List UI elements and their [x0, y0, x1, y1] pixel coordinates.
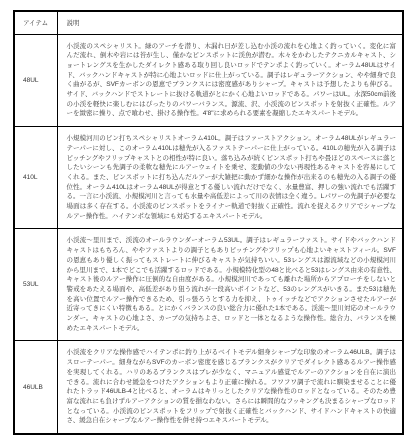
- table-row-410l: 410L 小規模河川のピン打ちスペシャリストオーラム410L。調子はファーストア…: [14, 127, 403, 229]
- rod-spec-table: アイテム 説明 48UL 小渓流のスペシャリスト。緑のアーチを潜り、木漏れ日が差…: [13, 10, 404, 416]
- description-column-header: 説明: [57, 11, 403, 34]
- item-label: 53UL: [14, 229, 57, 341]
- table-row-46ulb: 46ULB 小渓流をクリアな操作感でハイテンポに釣り上がるベイトモデル細身シャー…: [14, 341, 403, 416]
- item-description: 小渓流〜里川まで、渓流のオールラウンダーオーラム53UL。調子はレギュラーファス…: [57, 229, 403, 341]
- item-label: 48UL: [14, 34, 57, 127]
- table-row-48ul: 48UL 小渓流のスペシャリスト。緑のアーチを潜り、木漏れ日が差し込む小渓の流れ…: [14, 34, 403, 127]
- item-description: 小渓流のスペシャリスト。緑のアーチを潜り、木漏れ日が差し込む小渓の流れを心地よく…: [57, 34, 403, 127]
- item-label: 410L: [14, 127, 57, 229]
- header-row: アイテム 説明: [14, 11, 403, 34]
- item-description: 小渓流をクリアな操作感でハイテンポに釣り上がるベイトモデル細身シャープな印象のオ…: [57, 341, 403, 416]
- item-label: 46ULB: [14, 341, 57, 416]
- rod-spec-table-container: アイテム 説明 48UL 小渓流のスペシャリスト。緑のアーチを潜り、木漏れ日が差…: [13, 10, 404, 416]
- item-column-header: アイテム: [14, 11, 57, 34]
- table-row-53ul: 53UL 小渓流〜里川まで、渓流のオールラウンダーオーラム53UL。調子はレギュ…: [14, 229, 403, 341]
- item-description: 小規模河川のピン打ちスペシャリストオーラム410L。調子はファーストアクション。…: [57, 127, 403, 229]
